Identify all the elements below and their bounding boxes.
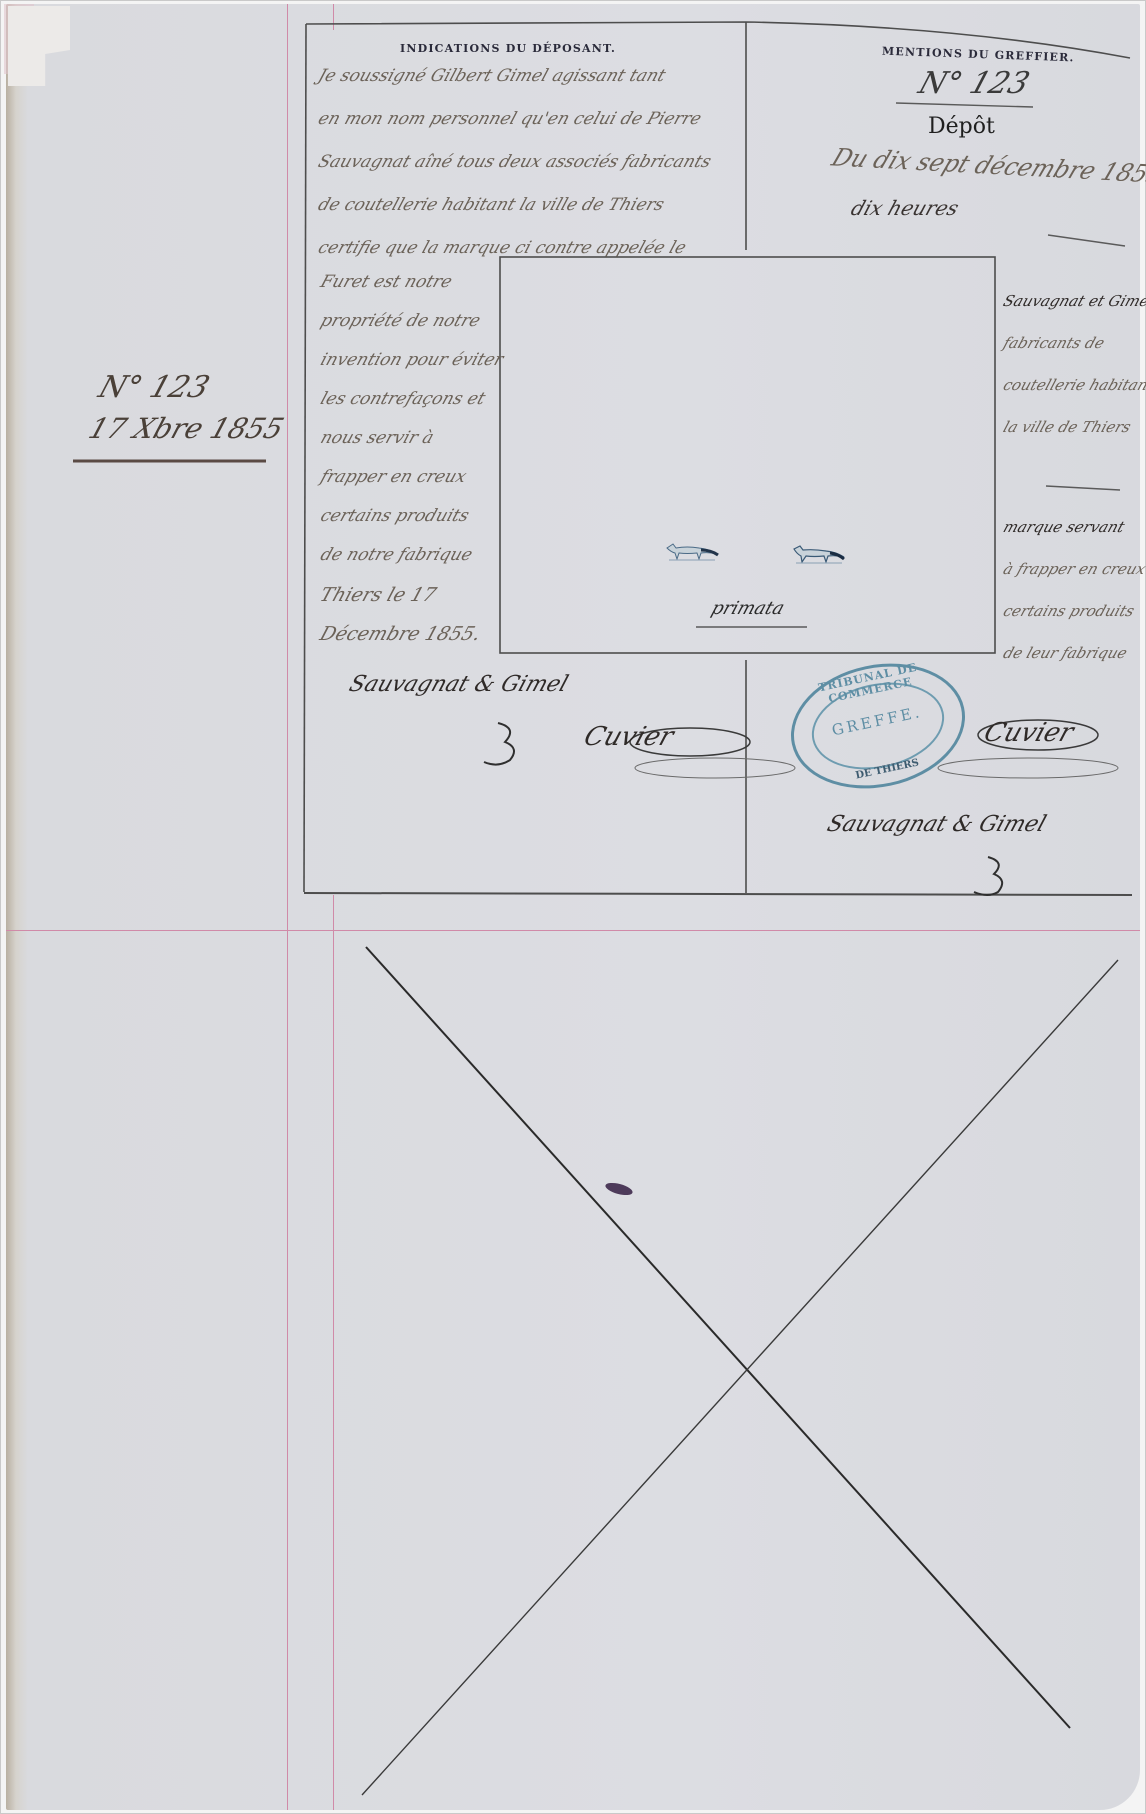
deposant-side-line: les contrefaçons et <box>312 389 505 428</box>
greffier-clerk-signature: Cuvier <box>980 718 1077 748</box>
deposant-clerk-signature: Cuvier <box>580 722 677 752</box>
greffier-number: N° 123 <box>914 66 1033 101</box>
mark-caption: primata <box>709 598 787 619</box>
margin-entry-number: N° 123 <box>94 370 213 405</box>
deposant-declaration-continued: Furet est notre propriété de notre inven… <box>318 272 498 662</box>
deposant-line: Je soussigné Gilbert Gimel agissant tant <box>308 66 742 109</box>
deposant-side-line: Décembre 1855. <box>312 623 505 662</box>
deposant-side-line: Furet est notre <box>312 272 505 311</box>
greffier-signature: Sauvagnat & Gimel <box>824 812 1049 837</box>
deposant-side-line: nous servir à <box>312 428 505 467</box>
greffier-side-line: de leur fabrique <box>993 644 1146 686</box>
deposant-side-line: frapper en creux <box>312 467 505 506</box>
deposant-line: Sauvagnat aîné tous deux associés fabric… <box>308 152 742 195</box>
deposant-line: de coutellerie habitant la ville de Thie… <box>308 195 742 238</box>
greffier-depositor-info: Sauvagnat et Gimel fabricants de coutell… <box>1000 292 1140 460</box>
greffier-side-line: la ville de Thiers <box>993 418 1146 460</box>
deposant-side-line: propriété de notre <box>312 311 505 350</box>
deposant-line: en mon nom personnel qu'en celui de Pier… <box>308 109 742 152</box>
greffier-side-line: Sauvagnat et Gimel <box>993 292 1146 334</box>
deposant-side-line: invention pour éviter <box>312 350 505 389</box>
deposant-declaration: Je soussigné Gilbert Gimel agissant tant… <box>315 66 735 281</box>
greffier-mark-usage: marque servant à frapper en creux certai… <box>1000 518 1140 686</box>
deposant-signature: Sauvagnat & Gimel <box>346 672 571 697</box>
greffier-side-line: à frapper en creux <box>993 560 1146 602</box>
weasel-mark-left-icon <box>665 540 721 562</box>
header-indications-deposant: INDICATIONS DU DÉPOSANT. <box>400 42 616 55</box>
deposant-side-line: certains produits <box>312 506 505 545</box>
weasel-mark-right-icon <box>792 543 848 565</box>
greffier-side-line: coutellerie habitant <box>993 376 1146 418</box>
greffier-deposit-label: Dépôt <box>928 114 995 139</box>
greffier-time-line: dix heures <box>848 196 962 220</box>
greffier-side-line: marque servant <box>993 518 1146 560</box>
greffier-side-line: fabricants de <box>993 334 1146 376</box>
cross-out-stroke-2 <box>362 960 1118 1795</box>
margin-entry-date: 17 Xbre 1855 <box>85 412 288 445</box>
cross-out-stroke-1 <box>366 947 1070 1728</box>
deposant-side-line: Thiers le 17 <box>312 584 505 623</box>
greffier-side-line: certains produits <box>993 602 1146 644</box>
deposant-side-line: de notre fabrique <box>312 545 505 584</box>
